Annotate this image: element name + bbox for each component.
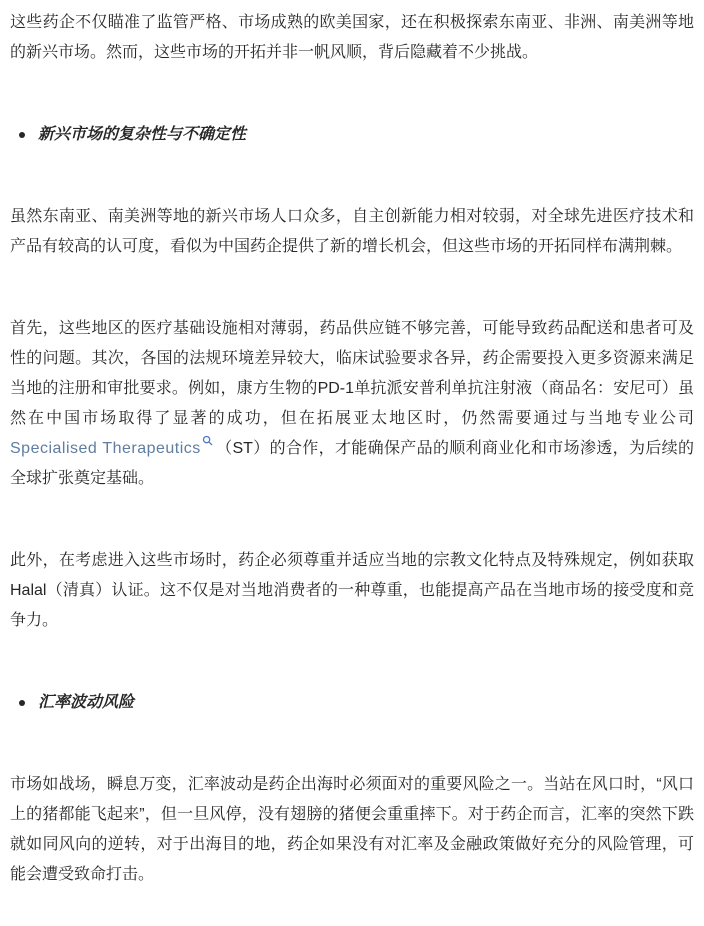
section-heading-emerging-markets: 新兴市场的复杂性与不确定性: [10, 120, 694, 150]
paragraph-emerging-market-overview: 虽然东南亚、南美洲等地的新兴市场人口众多，自主创新能力相对较弱，对全球先进医疗技…: [10, 202, 694, 262]
paragraph-exchange-rate-risk: 市场如战场，瞬息万变，汇率波动是药企出海时必须面对的重要风险之一。当站在风口时，…: [10, 770, 694, 890]
paragraph-cultural-requirements: 此外，在考虑进入这些市场时，药企必须尊重并适应当地的宗教文化特点及特殊规定，例如…: [10, 546, 694, 636]
section-heading-text: 汇率波动风险: [38, 688, 134, 718]
bullet-dot-icon: [19, 132, 25, 138]
bullet-dot-icon: [19, 700, 25, 706]
section-heading-text: 新兴市场的复杂性与不确定性: [38, 120, 246, 150]
section-heading-exchange-rate-risk: 汇率波动风险: [10, 688, 694, 718]
paragraph-regulatory-challenges: 首先，这些地区的医疗基础设施相对薄弱，药品供应链不够完善，可能导致药品配送和患者…: [10, 314, 694, 494]
company-link[interactable]: Specialised Therapeutics: [10, 440, 201, 457]
search-icon[interactable]: [202, 435, 213, 446]
article-body: 这些药企不仅瞄准了监管严格、市场成熟的欧美国家，还在积极探索东南亚、非洲、南美洲…: [0, 0, 704, 890]
paragraph-intro: 这些药企不仅瞄准了监管严格、市场成熟的欧美国家，还在积极探索东南亚、非洲、南美洲…: [10, 8, 694, 68]
paragraph-text-before-link: 首先，这些地区的医疗基础设施相对薄弱，药品供应链不够完善，可能导致药品配送和患者…: [10, 320, 694, 427]
